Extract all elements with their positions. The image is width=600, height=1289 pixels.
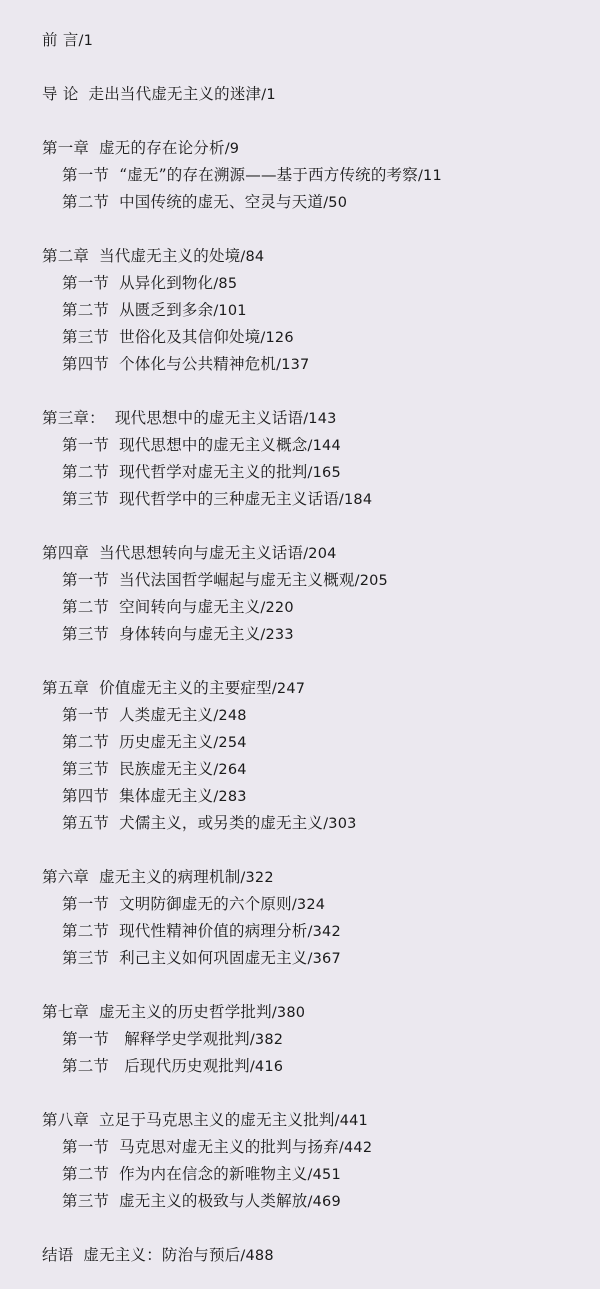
toc-section-page-number: /283 [213,789,246,805]
toc-chapter-page-number: /143 [303,411,336,427]
toc-section-page-number: /324 [292,897,325,913]
toc-section-number: 第四节 [62,787,109,805]
toc-section-title: 世俗化及其信仰处境 [119,328,260,346]
toc-section-page-number: /342 [308,924,341,940]
toc-section[interactable]: 第二节从匮乏到多余/101 [42,297,598,324]
toc-section-number: 第二节 [62,463,109,481]
toc-section-number: 第三节 [62,490,109,508]
toc-section[interactable]: 第四节个体化与公共精神危机/137 [42,351,598,378]
toc-section-page-number: /303 [323,816,356,832]
toc-section[interactable]: 第二节作为内在信念的新唯物主义/451 [42,1161,598,1188]
table-of-contents: 前 言/1导 论走出当代虚无主义的迷津/1第一章虚无的存在论分析/9第一节“虚无… [42,27,598,1269]
toc-section[interactable]: 第二节 后现代历史观批判/416 [42,1053,598,1080]
toc-chapter-title: 立足于马克思主义的虚无主义批判 [99,1111,335,1129]
toc-section[interactable]: 第一节当代法国哲学崛起与虚无主义概观/205 [42,567,598,594]
toc-section[interactable]: 第二节中国传统的虚无、空灵与天道/50 [42,189,598,216]
toc-section-number: 第一节 [62,571,109,589]
toc-section-title: 文明防御虚无的六个原则 [119,895,292,913]
toc-chapter-page-number: /84 [240,249,264,265]
toc-section[interactable]: 第三节世俗化及其信仰处境/126 [42,324,598,351]
toc-chapter-number: 第五章 [42,679,89,697]
toc-section[interactable]: 第一节人类虚无主义/248 [42,702,598,729]
toc-section-page-number: /137 [276,357,309,373]
toc-section-number: 第二节 [62,733,109,751]
toc-front-matter[interactable]: 导 论走出当代虚无主义的迷津/1 [42,81,598,108]
toc-section-number: 第四节 [62,355,109,373]
toc-chapter[interactable]: 第八章立足于马克思主义的虚无主义批判/441 [42,1107,598,1134]
toc-section-page-number: /248 [213,708,246,724]
spacer [42,513,598,540]
toc-section-number: 第二节 [62,301,109,319]
toc-section-page-number: /416 [250,1059,283,1075]
toc-chapter-page-number: /9 [225,141,240,157]
toc-section[interactable]: 第二节现代哲学对虚无主义的批判/165 [42,459,598,486]
toc-chapter-page-number: /441 [335,1113,368,1129]
toc-section-page-number: /451 [308,1167,341,1183]
toc-chapter[interactable]: 第六章虚无主义的病理机制/322 [42,864,598,891]
toc-back-matter-number: 结语 [42,1246,73,1264]
toc-chapter-title: 虚无主义的病理机制 [99,868,240,886]
toc-section-title: 作为内在信念的新唯物主义 [119,1165,307,1183]
toc-chapter-title: 当代虚无主义的处境 [99,247,240,265]
toc-section[interactable]: 第三节虚无主义的极致与人类解放/469 [42,1188,598,1215]
toc-section-page-number: /11 [418,168,442,184]
toc-section-title: 现代哲学对虚无主义的批判 [119,463,307,481]
toc-section-page-number: /382 [250,1032,283,1048]
toc-section[interactable]: 第一节现代思想中的虚无主义概念/144 [42,432,598,459]
toc-section-title: 后现代历史观批判 [119,1057,250,1075]
toc-chapter-title: 价值虚无主义的主要症型 [99,679,272,697]
toc-section-page-number: /233 [260,627,293,643]
toc-section-number: 第一节 [62,1030,109,1048]
toc-chapter-title: 当代思想转向与虚无主义话语 [99,544,303,562]
toc-chapter-title: 现代思想中的虚无主义话语 [115,409,303,427]
toc-section[interactable]: 第一节从异化到物化/85 [42,270,598,297]
toc-chapter[interactable]: 第五章价值虚无主义的主要症型/247 [42,675,598,702]
toc-section-title: 个体化与公共精神危机 [119,355,276,373]
toc-section-page-number: /220 [260,600,293,616]
toc-chapter[interactable]: 第一章虚无的存在论分析/9 [42,135,598,162]
toc-section-page-number: /367 [308,951,341,967]
toc-section-page-number: /101 [213,303,246,319]
toc-section[interactable]: 第一节文明防御虚无的六个原则/324 [42,891,598,918]
toc-front-matter-page-number: /1 [261,87,276,103]
toc-section[interactable]: 第一节马克思对虚无主义的批判与扬弃/442 [42,1134,598,1161]
toc-chapter-number: 第六章 [42,868,89,886]
toc-front-matter[interactable]: 前 言/1 [42,27,598,54]
toc-section[interactable]: 第一节“虚无”的存在溯源——基于西方传统的考察/11 [42,162,598,189]
toc-section-number: 第三节 [62,1192,109,1210]
toc-section-number: 第一节 [62,706,109,724]
toc-section-number: 第一节 [62,274,109,292]
toc-chapter[interactable]: 第四章当代思想转向与虚无主义话语/204 [42,540,598,567]
toc-section[interactable]: 第三节现代哲学中的三种虚无主义话语/184 [42,486,598,513]
toc-chapter-number: 第三章： [42,409,105,427]
toc-section[interactable]: 第一节 解释学史学观批判/382 [42,1026,598,1053]
toc-chapter[interactable]: 第七章虚无主义的历史哲学批判/380 [42,999,598,1026]
toc-section-number: 第三节 [62,328,109,346]
toc-chapter[interactable]: 第三章：现代思想中的虚无主义话语/143 [42,405,598,432]
toc-section-number: 第二节 [62,922,109,940]
toc-section-number: 第一节 [62,1138,109,1156]
spacer [42,378,598,405]
toc-section[interactable]: 第三节民族虚无主义/264 [42,756,598,783]
toc-section-number: 第五节 [62,814,109,832]
toc-back-matter-page-number: /488 [240,1248,273,1264]
toc-section-title: 人类虚无主义 [119,706,213,724]
toc-back-matter[interactable]: 结语虚无主义：防治与预后/488 [42,1242,598,1269]
toc-section-page-number: /126 [260,330,293,346]
spacer [42,648,598,675]
toc-section-page-number: /165 [308,465,341,481]
toc-section-number: 第三节 [62,625,109,643]
toc-front-matter-number: 前 言 [42,31,79,49]
toc-section-title: “虚无”的存在溯源——基于西方传统的考察 [119,166,418,184]
toc-chapter-title: 虚无的存在论分析 [99,139,225,157]
toc-chapter-number: 第七章 [42,1003,89,1021]
toc-section-title: 虚无主义的极致与人类解放 [119,1192,307,1210]
toc-chapter[interactable]: 第二章当代虚无主义的处境/84 [42,243,598,270]
toc-section-title: 历史虚无主义 [119,733,213,751]
toc-chapter-page-number: /322 [240,870,273,886]
spacer [42,837,598,864]
toc-section-title: 现代哲学中的三种虚无主义话语 [119,490,339,508]
toc-chapter-title: 虚无主义的历史哲学批判 [99,1003,272,1021]
toc-section[interactable]: 第二节现代性精神价值的病理分析/342 [42,918,598,945]
toc-section-title: 现代思想中的虚无主义概念 [119,436,307,454]
toc-chapter-page-number: /204 [303,546,336,562]
spacer [42,216,598,243]
toc-section-title: 中国传统的虚无、空灵与天道 [119,193,323,211]
toc-section-number: 第一节 [62,436,109,454]
toc-section-title: 马克思对虚无主义的批判与扬弃 [119,1138,339,1156]
toc-section-title: 集体虚无主义 [119,787,213,805]
toc-section[interactable]: 第四节集体虚无主义/283 [42,783,598,810]
toc-section-number: 第三节 [62,949,109,967]
toc-section-page-number: /264 [213,762,246,778]
toc-section-page-number: /144 [308,438,341,454]
toc-section-page-number: /184 [339,492,372,508]
toc-front-matter-page-number: /1 [79,33,94,49]
toc-chapter-number: 第二章 [42,247,89,265]
toc-section[interactable]: 第三节利己主义如何巩固虚无主义/367 [42,945,598,972]
toc-section-title: 当代法国哲学崛起与虚无主义概观 [119,571,355,589]
toc-section-number: 第三节 [62,760,109,778]
toc-section-title: 现代性精神价值的病理分析 [119,922,307,940]
toc-section-title: 身体转向与虚无主义 [119,625,260,643]
toc-section[interactable]: 第五节犬儒主义，或另类的虚无主义/303 [42,810,598,837]
toc-section-title: 从异化到物化 [119,274,213,292]
toc-section-page-number: /50 [323,195,347,211]
toc-section-title: 解释学史学观批判 [119,1030,250,1048]
spacer [42,108,598,135]
toc-section-number: 第二节 [62,1165,109,1183]
toc-chapter-page-number: /247 [272,681,305,697]
toc-section-title: 从匮乏到多余 [119,301,213,319]
toc-chapter-page-number: /380 [272,1005,305,1021]
toc-section[interactable]: 第二节历史虚无主义/254 [42,729,598,756]
toc-section-number: 第二节 [62,1057,109,1075]
toc-section-page-number: /442 [339,1140,372,1156]
toc-section-page-number: /254 [213,735,246,751]
toc-section-title: 犬儒主义，或另类的虚无主义 [119,814,323,832]
toc-chapter-number: 第八章 [42,1111,89,1129]
toc-section[interactable]: 第三节身体转向与虚无主义/233 [42,621,598,648]
toc-front-matter-number: 导 论 [42,85,79,103]
toc-section-page-number: /205 [355,573,388,589]
toc-section-title: 民族虚无主义 [119,760,213,778]
toc-section-page-number: /469 [308,1194,341,1210]
toc-section-number: 第二节 [62,193,109,211]
spacer [42,972,598,999]
toc-back-matter-title: 虚无主义：防治与预后 [83,1246,240,1264]
spacer [42,54,598,81]
toc-section[interactable]: 第二节空间转向与虚无主义/220 [42,594,598,621]
toc-section-title: 空间转向与虚无主义 [119,598,260,616]
toc-section-title: 利己主义如何巩固虚无主义 [119,949,307,967]
toc-chapter-number: 第一章 [42,139,89,157]
spacer [42,1080,598,1107]
toc-section-number: 第二节 [62,598,109,616]
toc-section-page-number: /85 [213,276,237,292]
toc-front-matter-title: 走出当代虚无主义的迷津 [89,85,262,103]
spacer [42,1215,598,1242]
toc-section-number: 第一节 [62,895,109,913]
toc-chapter-number: 第四章 [42,544,89,562]
toc-section-number: 第一节 [62,166,109,184]
